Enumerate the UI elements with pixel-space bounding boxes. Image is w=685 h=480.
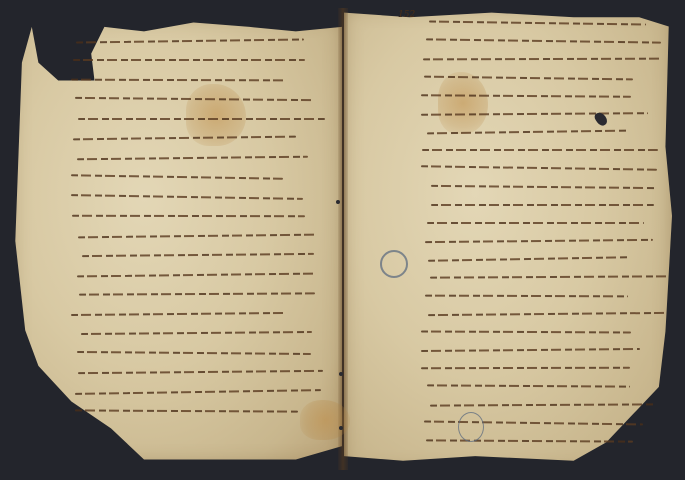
water-stain	[300, 400, 350, 440]
archive-stamp	[458, 412, 484, 442]
manuscript-viewer: 152	[0, 0, 685, 480]
binding-hole	[336, 200, 340, 204]
handwritten-line	[427, 222, 644, 224]
binding-hole	[339, 372, 343, 376]
handwritten-line	[422, 149, 658, 151]
folio-number: 152	[398, 10, 415, 20]
left-page	[12, 18, 342, 464]
binding-gutter	[338, 8, 348, 470]
water-stain	[438, 72, 488, 134]
archive-stamp	[380, 250, 408, 278]
handwritten-line	[425, 294, 628, 297]
handwritten-line	[431, 204, 654, 206]
handwritten-line	[78, 118, 325, 120]
binding-hole	[339, 426, 343, 430]
